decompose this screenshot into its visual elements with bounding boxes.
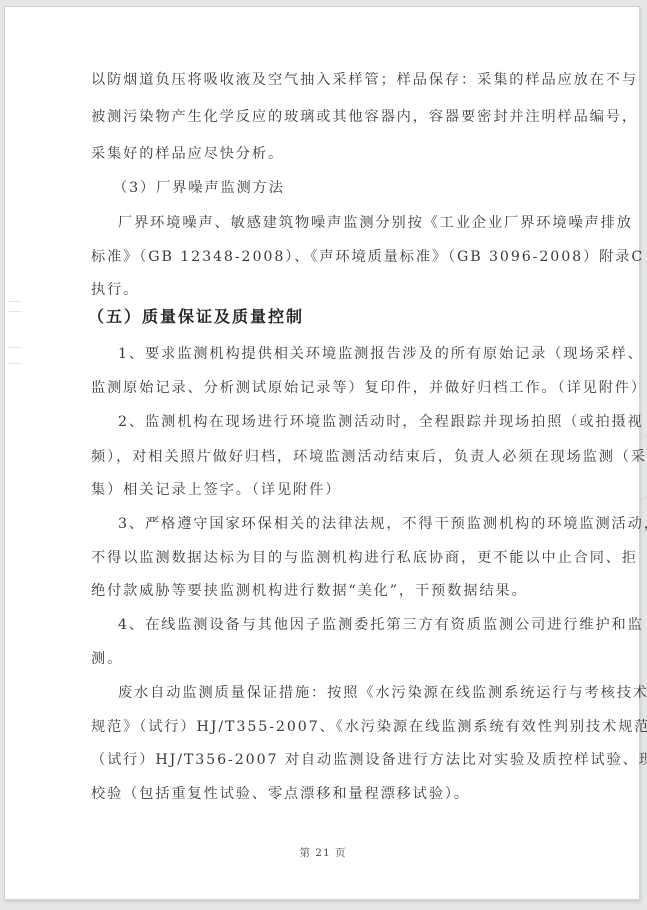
body-line: 厂界环境噪声、敏感建筑物噪声监测分别按《工业企业厂界环境噪声排放 bbox=[118, 214, 633, 232]
list-item-3-line: 绝付款威胁等要挟监测机构进行数据“美化”，干预数据结果。 bbox=[91, 582, 528, 600]
document-page: 以防烟道负压将吸收液及空气抽入采样管；样品保存：采集的样品应放在不与 被测污染物… bbox=[4, 6, 640, 900]
section-heading-quality-assurance: （五）质量保证及质量控制 bbox=[88, 307, 304, 327]
body-line: 规范》（试行）HJ/T355-2007、《水污染源在线监测系统有效性判别技术规范… bbox=[91, 718, 647, 736]
body-line: 标准》（GB 12348-2008）、《声环境质量标准》（GB 3096-200… bbox=[91, 248, 647, 266]
body-line: 废水自动监测质量保证措施：按照《水污染源在线监测系统运行与考核技术 bbox=[118, 684, 647, 702]
body-line: 以防烟道负压将吸收液及空气抽入采样管；样品保存：采集的样品应放在不与 bbox=[91, 71, 638, 89]
list-item-1-line: 1、要求监测机构提供相关环境监测报告涉及的所有原始记录（现场采样、 bbox=[118, 345, 644, 363]
list-item-3-line: 不得以监测数据达标为目的与监测机构进行私底协商，更不能以中止合同、拒 bbox=[91, 549, 638, 567]
list-item-3-line: 3、严格遵守国家环保相关的法律法规，不得干预监测机构的环境监测活动， bbox=[118, 515, 647, 533]
seal-stamp-fragment bbox=[625, 432, 647, 502]
list-item-2-line: 集）相关记录上签字。（详见附件） bbox=[91, 481, 341, 499]
page-number: 第 21 页 bbox=[5, 845, 641, 860]
list-item-2-line: 2、监测机构在现场进行环境监测活动时，全程跟踪并现场拍照（或拍摄视 bbox=[118, 413, 644, 431]
subheading-noise-method: （3）厂界噪声监测方法 bbox=[113, 179, 285, 197]
body-line: （试行）HJ/T356-2007 对自动监测设备进行方法比对实验及质控样试验、现… bbox=[91, 751, 647, 769]
margin-marks bbox=[5, 297, 21, 387]
list-item-4-line: 测。 bbox=[91, 650, 123, 668]
body-line: 被测污染物产生化学反应的玻璃或其他容器内，容器要密封并注明样品编号， bbox=[91, 108, 638, 126]
body-line: 采集好的样品应尽快分析。 bbox=[91, 145, 284, 163]
list-item-1-line: 监测原始记录、分析测试原始记录等）复印件，并做好归档工作。（详见附件） bbox=[91, 379, 647, 397]
body-line: 执行。 bbox=[91, 281, 139, 299]
body-line: 校验（包括重复性试验、零点漂移和量程漂移试验）。 bbox=[91, 785, 470, 803]
list-item-2-line: 频），对相关照片做好归档，环境监测活动结束后，负责人必须在现场监测（采 bbox=[91, 448, 647, 466]
list-item-4-line: 4、在线监测设备与其他因子监测委托第三方有资质监测公司进行维护和监 bbox=[118, 616, 644, 634]
